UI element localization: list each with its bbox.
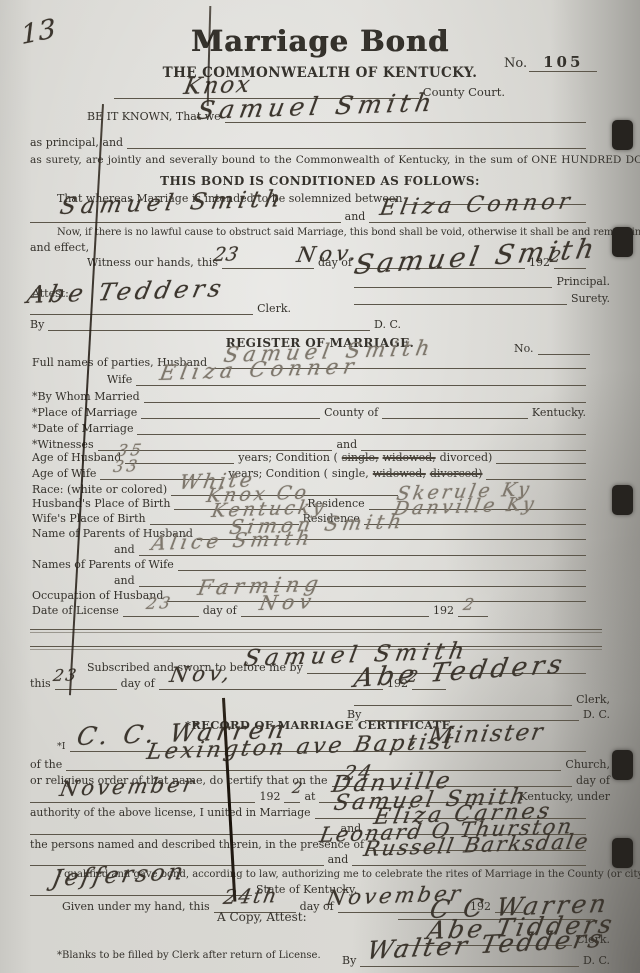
principal-signature-handwritten: Samuel Smith — [352, 235, 600, 279]
bond-by-blank — [48, 327, 370, 331]
authority-label: authority of the above license, I united… — [28, 807, 313, 819]
condition-wife-widowed: widowed, — [371, 468, 428, 480]
place-of-marriage-row: *Place of Marriage County of Kentucky. — [30, 407, 588, 419]
register-no-label: No. — [512, 343, 536, 355]
sworn-month-blank — [159, 686, 383, 690]
church-name-blank — [66, 767, 561, 771]
surety-label: Surety. — [569, 293, 612, 305]
binder-mark-3 — [612, 485, 633, 515]
binder-mark-2 — [612, 227, 633, 257]
presence-label: the persons named and described therein,… — [28, 839, 366, 851]
parents-wife-and-label: and — [112, 575, 137, 587]
sworn-this-label: this — [28, 678, 53, 690]
parents-wife-label: Names of Parents of Wife — [30, 559, 176, 571]
commonwealth-row: THE COMMONWEALTH OF KENTUCKY. — [0, 66, 640, 81]
parents-wife-row: Names of Parents of Wife — [30, 559, 588, 571]
binder-mark-1 — [612, 120, 633, 150]
register-no-blank — [538, 351, 590, 355]
condition-wife-single: single, — [330, 468, 371, 480]
as-principal-row: as principal, and — [28, 137, 588, 149]
bond-by-label: By — [28, 319, 46, 331]
register-no-row: No. — [512, 343, 592, 355]
attest-clerk-signature: Abe Tedders — [25, 276, 227, 307]
of-the-label: of the — [28, 759, 64, 771]
surety-name-blank — [127, 145, 586, 149]
attest-clerk-line — [30, 311, 253, 315]
parents-husband-and-label: and — [112, 544, 137, 556]
date-of-marriage-row: *Date of Marriage — [30, 423, 588, 435]
binder-mark-4 — [612, 750, 633, 780]
license-month-handwritten: Nov — [258, 591, 318, 613]
principal-signature-line — [354, 284, 552, 288]
sworn-day-handwritten: 23 — [52, 667, 79, 684]
by-whom-row: *By Whom Married — [30, 391, 588, 403]
cert-dc-label: D. C. — [581, 955, 612, 967]
sworn-day-of-label: day of — [119, 678, 157, 690]
and-label-bond: and — [343, 211, 368, 223]
blank-rule-1b — [30, 632, 602, 633]
condition-husband-divorced: divorced) — [438, 452, 495, 464]
bond-by-row: By D. C. — [28, 319, 403, 331]
by-whom-blank — [144, 399, 586, 403]
copy-attest-label: A Copy, Attest: — [215, 911, 309, 924]
cert-at-label: at — [302, 791, 317, 803]
conditioned-heading-row: THIS BOND IS CONDITIONED AS FOLLOWS: — [0, 175, 640, 188]
sworn-day-blank — [55, 686, 117, 690]
wife-residence-handwritten: Danville Ky — [392, 495, 538, 519]
age-husband-blank — [125, 460, 234, 464]
certificate-i-label: *I — [55, 742, 68, 752]
witness2-cert-blank — [352, 862, 586, 866]
cert-and-blank — [30, 831, 337, 835]
blank-rule-1 — [30, 629, 602, 630]
wife-label: Wife — [105, 374, 134, 386]
witness2-and-label: and — [326, 854, 351, 866]
age-husband-label: Age of Husband — [30, 452, 123, 464]
surety-clause-text: as surety, are jointly and severally bou… — [28, 155, 640, 167]
witness-hands-label: Witness our hands, this — [85, 257, 220, 269]
witness-day-handwritten: 23 — [212, 245, 240, 265]
county-of-label: County of — [322, 407, 380, 419]
binder-mark-5 — [612, 838, 633, 868]
surety-signature-line — [354, 301, 567, 305]
county-city-blank — [30, 892, 252, 896]
sworn-clerk-line-row: Clerk, — [352, 694, 612, 706]
wife-father-blank — [178, 567, 586, 571]
cert-year-blank — [284, 799, 300, 803]
groom-blank — [30, 219, 341, 223]
marriage-bond-document: 13 Marriage Bond No. 105 THE COMMONWEALT… — [0, 0, 640, 973]
sworn-clerk-line — [354, 702, 572, 706]
church-label: Church, — [563, 759, 612, 771]
cert-day-of-label: day of — [574, 775, 612, 787]
sworn-month-handwritten: Nov, — [168, 663, 235, 686]
age-wife-label: Age of Wife — [30, 468, 98, 480]
footnote-row: *Blanks to be filled by Clerk after retu… — [55, 950, 323, 961]
condition-husband-widowed: widowed, — [381, 452, 438, 464]
page-title: Marriage Bond — [189, 26, 451, 58]
license-day-blank — [123, 613, 199, 617]
cert-by-blank — [360, 963, 579, 967]
witnesses-row: *Witnesses and — [30, 439, 588, 451]
age-wife-handwritten: 33 — [112, 458, 141, 475]
kentucky-label: Kentucky. — [530, 407, 588, 419]
principal-label: Principal. — [554, 276, 612, 288]
copy-attest-row: A Copy, Attest: — [215, 911, 309, 924]
condition-husband-prefix: years; Condition ( — [236, 452, 340, 464]
wife-birth-label: Wife's Place of Birth — [30, 513, 148, 525]
conditioned-heading: THIS BOND IS CONDITIONED AS FOLLOWS: — [158, 175, 482, 188]
church-row: of the Church, — [28, 759, 612, 771]
given-label: Given under my hand, this — [60, 901, 212, 913]
void-clause-row2: and effect, — [28, 242, 91, 254]
condition-wife-divorced: divorced) — [428, 468, 485, 480]
mother-handwritten: Alice Smith — [150, 527, 315, 553]
as-principal-label: as principal, and — [28, 137, 125, 149]
condition-husband-single: single, — [340, 452, 381, 464]
occupation-label: Occupation of Husband — [30, 590, 165, 602]
footnote-text: *Blanks to be filled by Clerk after retu… — [55, 950, 323, 961]
surety-clause-row: as surety, are jointly and severally bou… — [28, 155, 640, 167]
date-of-marriage-blank — [137, 431, 586, 435]
county-of-blank — [382, 415, 528, 419]
place-blank — [141, 415, 320, 419]
cert-by-label: By — [340, 955, 358, 967]
given-day-handwritten: 24th — [222, 885, 280, 907]
parents-wife-and-row: and — [112, 575, 588, 587]
witnesses-label: *Witnesses — [30, 439, 96, 451]
license-day-handwritten: 23 — [145, 595, 174, 612]
condition-husband-blank — [496, 460, 586, 464]
license-day-of-label: day of — [201, 605, 239, 617]
bond-dc-label: D. C. — [372, 319, 403, 331]
license-year-prefix: 192 — [431, 605, 456, 617]
witnesses-and-label: and — [334, 439, 359, 451]
corner-page-number: 13 — [20, 15, 57, 49]
sworn-clerk-label: Clerk, — [574, 694, 612, 706]
cert-year-prefix: 192 — [257, 791, 282, 803]
surety-line-row: Surety. — [352, 293, 612, 305]
void-clause-line2: and effect, — [28, 242, 91, 254]
cert-month-handwritten: November — [58, 774, 198, 800]
race-label: Race: (white or colored) — [30, 484, 169, 496]
husband-birth-label: Husband's Place of Birth — [30, 498, 172, 510]
attest-clerk-label: Clerk. — [255, 303, 293, 315]
witness-month-handwritten: Nov. — [295, 243, 362, 266]
